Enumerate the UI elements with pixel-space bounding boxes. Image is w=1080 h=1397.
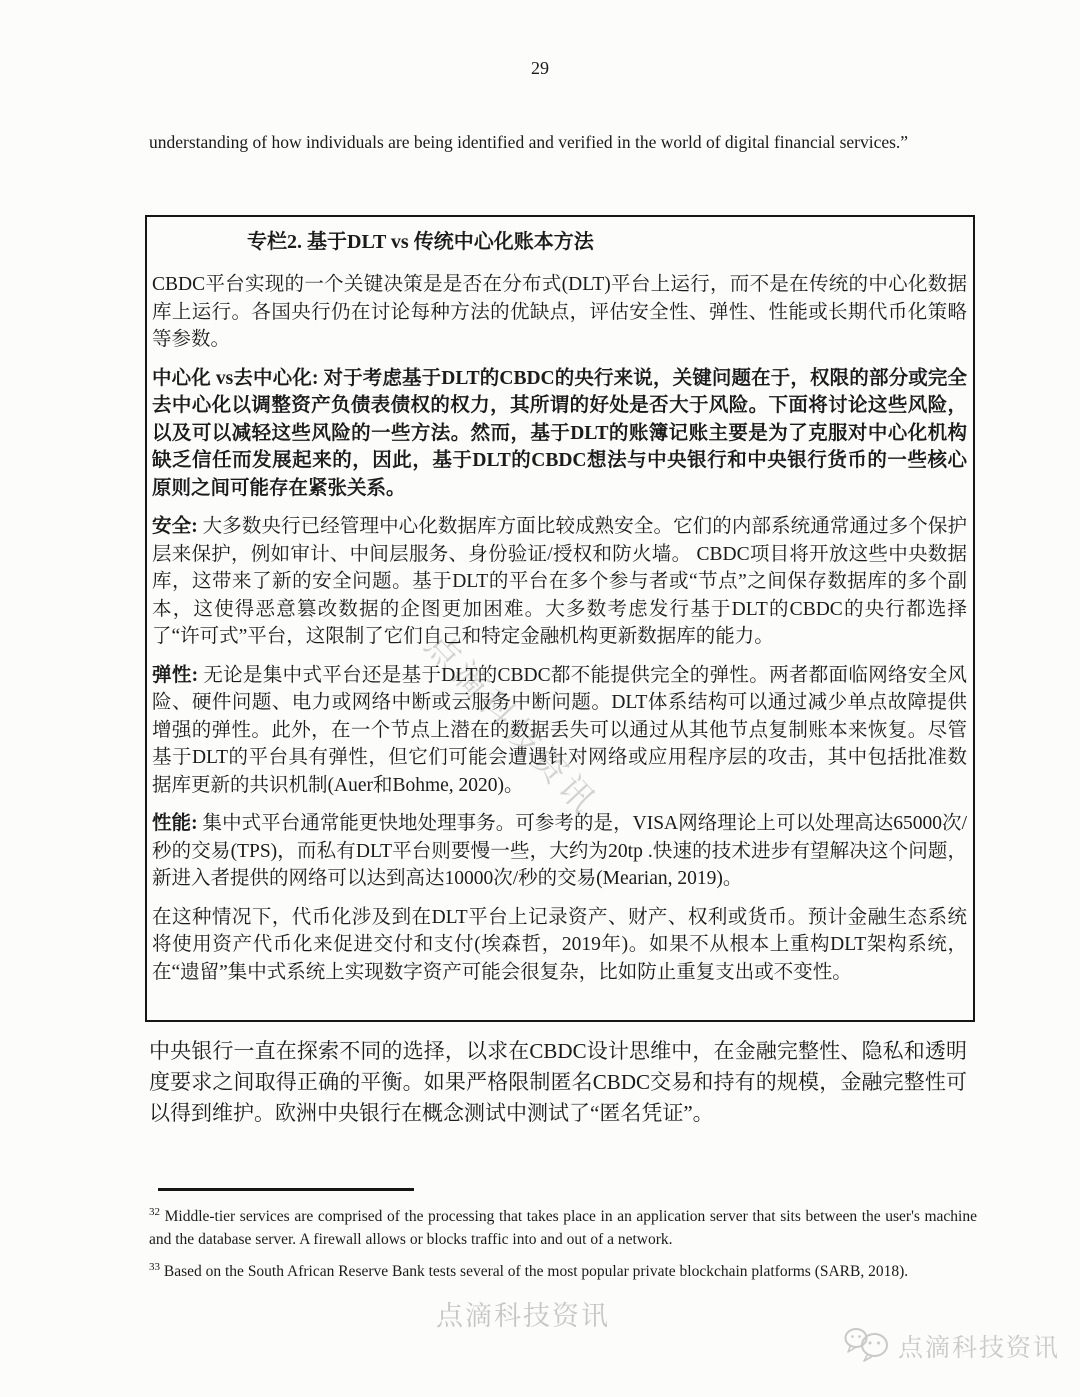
footnote-marker: 32 <box>149 1206 160 1218</box>
footnote-33: 33 Based on the South African Reserve Ba… <box>149 1260 977 1283</box>
footnote-32: 32 Middle-tier services are comprised of… <box>149 1205 977 1251</box>
paragraph-text: 在这种情况下，代币化涉及到在DLT平台上记录资产、财产、权利或货币。预计金融生态… <box>152 907 967 983</box>
box-paragraph-resilience: 弹性: 无论是集中式平台还是基于DLT的CBDC都不能提供完全的弹性。两者都面临… <box>152 662 967 800</box>
page-number: 29 <box>0 58 1080 79</box>
paragraph-text: 集中式平台通常能更快地处理事务。可参考的是，VISA网络理论上可以处理高达650… <box>152 813 967 889</box>
paragraph-text: CBDC平台实现的一个关键决策是是否在分布式(DLT)平台上运行，而不是在传统的… <box>152 274 967 350</box>
document-page: 29 understanding of how individuals are … <box>0 0 1080 1397</box>
paragraph-lead: 中心化 vs去中心化: <box>152 368 318 389</box>
brand-footer: 点滴科技资讯 <box>843 1323 1060 1368</box>
paragraph-lead: 性能: <box>152 813 198 834</box>
wechat-icon <box>843 1323 891 1368</box>
box-paragraph-performance: 性能: 集中式平台通常能更快地处理事务。可参考的是，VISA网络理论上可以处理高… <box>152 810 967 893</box>
footnote-text: Middle-tier services are comprised of th… <box>149 1208 977 1248</box>
footnote-separator <box>158 1188 414 1191</box>
brand-name: 点滴科技资讯 <box>898 1328 1060 1364</box>
footnote-text: Based on the South African Reserve Bank … <box>160 1263 908 1280</box>
body-paragraph: 中央银行一直在探索不同的选择，以求在CBDC设计思维中，在金融完整性、隐私和透明… <box>149 1036 967 1129</box>
bottom-center-watermark: 点滴科技资讯 <box>436 1294 610 1333</box>
paragraph-lead: 安全: <box>152 516 198 537</box>
box-paragraph-intro: CBDC平台实现的一个关键决策是是否在分布式(DLT)平台上运行，而不是在传统的… <box>152 271 967 354</box>
paragraph-text: 大多数央行已经管理中心化数据库方面比较成熟安全。它们的内部系统通常通过多个保护层… <box>152 516 967 647</box>
box-paragraph-centralization: 中心化 vs去中心化: 对于考虑基于DLT的CBDC的央行来说，关键问题在于，权… <box>152 365 967 503</box>
footnote-marker: 33 <box>149 1261 160 1273</box>
footnotes: 32 Middle-tier services are comprised of… <box>149 1205 977 1292</box>
box-paragraph-tokenization: 在这种情况下，代币化涉及到在DLT平台上记录资产、财产、权利或货币。预计金融生态… <box>152 904 967 987</box>
paragraph-lead: 弹性: <box>152 665 198 686</box>
box2-dlt-callout: 专栏2. 基于DLT vs 传统中心化账本方法 CBDC平台实现的一个关键决策是… <box>145 215 975 1022</box>
box-paragraph-security: 安全: 大多数央行已经管理中心化数据库方面比较成熟安全。它们的内部系统通常通过多… <box>152 513 967 651</box>
paragraph-text: 无论是集中式平台还是基于DLT的CBDC都不能提供完全的弹性。两者都面临网络安全… <box>152 665 967 796</box>
intro-paragraph: understanding of how individuals are bei… <box>149 128 911 157</box>
box-title: 专栏2. 基于DLT vs 传统中心化账本方法 <box>152 229 967 255</box>
